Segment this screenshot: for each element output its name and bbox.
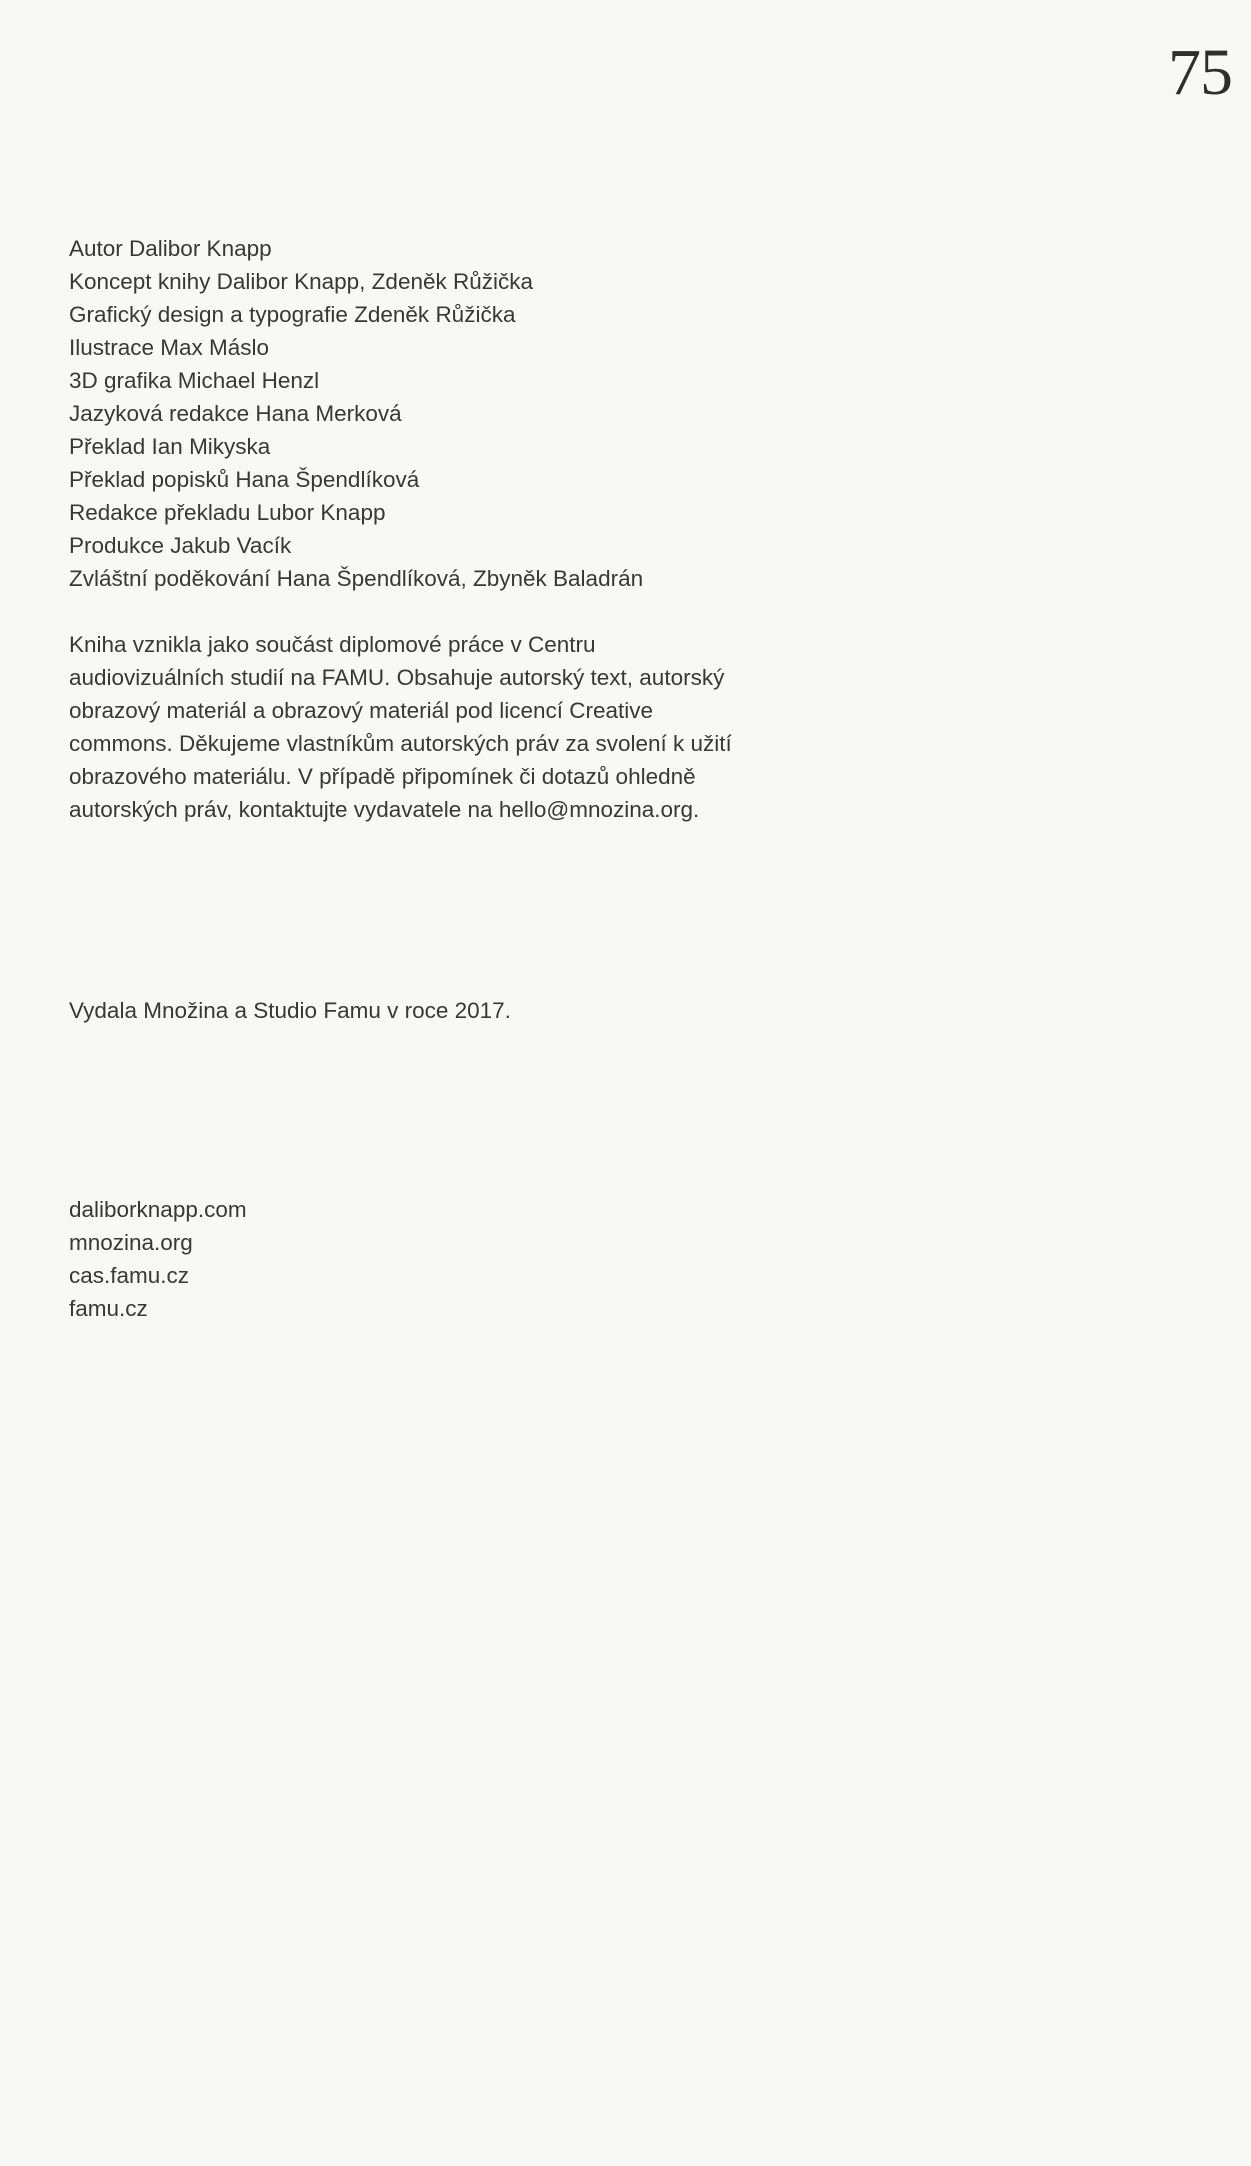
publisher-line: Vydala Množina a Studio Famu v roce 2017… xyxy=(69,994,511,1027)
paragraph-line: audiovizuálních studií na FAMU. Obsahuje… xyxy=(69,661,732,694)
page-number: 75 xyxy=(1168,40,1232,106)
credit-line: Překlad Ian Mikyska xyxy=(69,430,643,463)
credit-line: Produkce Jakub Vacík xyxy=(69,529,643,562)
link-cas-famu[interactable]: cas.famu.cz xyxy=(69,1259,247,1292)
credits-list: Autor Dalibor Knapp Koncept knihy Dalibo… xyxy=(69,232,643,595)
paragraph-line: obrazového materiálu. V případě připomín… xyxy=(69,760,732,793)
credit-line: Grafický design a typografie Zdeněk Růži… xyxy=(69,298,643,331)
publisher-note: Vydala Množina a Studio Famu v roce 2017… xyxy=(69,994,511,1027)
paragraph-line: commons. Děkujeme vlastníkům autorských … xyxy=(69,727,732,760)
credit-line: Jazyková redakce Hana Merková xyxy=(69,397,643,430)
link-famu[interactable]: famu.cz xyxy=(69,1292,247,1325)
about-paragraph: Kniha vznikla jako součást diplomové prá… xyxy=(69,628,732,826)
paragraph-line: Kniha vznikla jako součást diplomové prá… xyxy=(69,628,732,661)
paragraph-line: autorských práv, kontaktujte vydavatele … xyxy=(69,793,732,826)
credit-line: Zvláštní poděkování Hana Špendlíková, Zb… xyxy=(69,562,643,595)
link-daliborknapp[interactable]: daliborknapp.com xyxy=(69,1193,247,1226)
credit-line: 3D grafika Michael Henzl xyxy=(69,364,643,397)
credit-line: Autor Dalibor Knapp xyxy=(69,232,643,265)
website-links: daliborknapp.com mnozina.org cas.famu.cz… xyxy=(69,1193,247,1325)
credit-line: Redakce překladu Lubor Knapp xyxy=(69,496,643,529)
credit-line: Překlad popisků Hana Špendlíková xyxy=(69,463,643,496)
credit-line: Ilustrace Max Máslo xyxy=(69,331,643,364)
paragraph-line: obrazový materiál a obrazový materiál po… xyxy=(69,694,732,727)
link-mnozina[interactable]: mnozina.org xyxy=(69,1226,247,1259)
credit-line: Koncept knihy Dalibor Knapp, Zdeněk Růži… xyxy=(69,265,643,298)
